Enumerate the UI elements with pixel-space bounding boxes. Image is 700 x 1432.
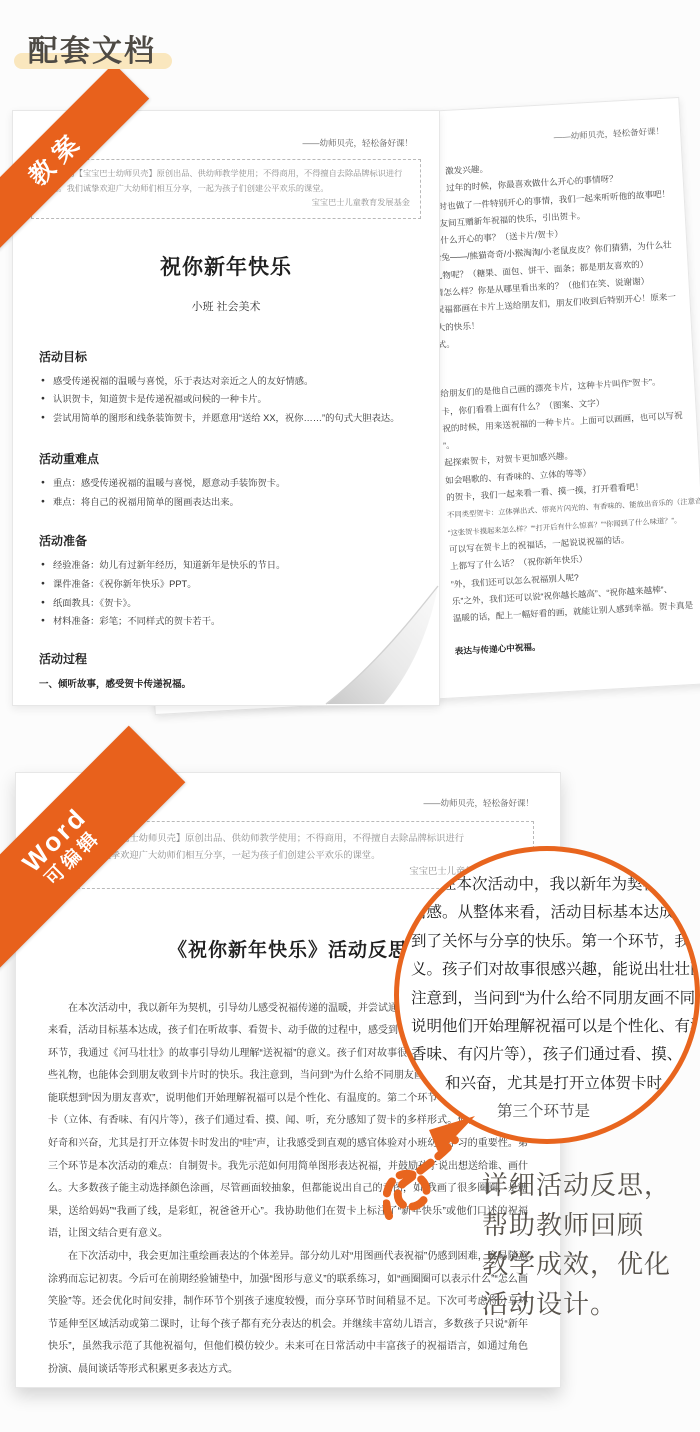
copyright-notice-box: 本内容为【宝宝巴士幼师贝壳】原创出品、供幼师教学使用；不得商用，不得擅自去除品牌… — [31, 159, 421, 219]
caption-line: 教学成效，优化 — [482, 1245, 671, 1285]
bullet-item: ●难点：将自己的祝福用简单的图画表达出来。 — [39, 493, 419, 512]
promo-canvas: { "page": { "title": "配套文档", "accent_ora… — [0, 0, 700, 1432]
bullet-item: ●感受传递祝福的温暖与喜悦，乐于表达对亲近之人的友好情感。 — [39, 372, 419, 391]
back-line-summary: 表达与传递心中祝福。 — [454, 627, 700, 661]
caption-line: 活动设计。 — [482, 1285, 671, 1325]
bullet-text: 认识贺卡，知道贺卡是传递祝福或问候的一种卡片。 — [53, 390, 267, 409]
page-curl — [280, 584, 440, 706]
bullet-dot-icon: ● — [41, 474, 45, 493]
magnified-text: 在本次活动中，我以新年为契机， 情感。从整体来看，活动目标基本达成，孩 到了关怀… — [411, 871, 700, 1127]
bullet-dot-icon: ● — [41, 493, 45, 512]
magnified-line: 注意到，当问到“为什么给不同朋友画不同礼 — [411, 985, 700, 1013]
lesson-subtitle: 小班 社会美术 — [13, 298, 439, 314]
reflection-paragraph-2: 在下次活动中，我会更加注重绘画表达的个体差异。部分幼儿对“用图画代表祝福”仍感到… — [48, 1246, 528, 1382]
magnified-line: 和兴奋，尤其是打开立体贺卡时 — [445, 1070, 700, 1098]
doodle-arrow-icon — [383, 1114, 487, 1226]
bullet-text: 重点：感受传递祝福的温暖与喜悦，愿意动手装饰贺卡。 — [53, 474, 285, 493]
bullet-text: 感受传递祝福的温暖与喜悦，乐于表达对亲近之人的友好情感。 — [53, 372, 313, 391]
caption-line: 详细活动反思， — [482, 1166, 671, 1206]
bullet-text: 课件准备：《祝你新年快乐》PPT。 — [53, 575, 197, 594]
bullet-item: ●重点：感受传递祝福的温暖与喜悦，愿意动手装饰贺卡。 — [39, 474, 419, 493]
benefit-caption: 详细活动反思， 帮助教师回顾 教学成效，优化 活动设计。 — [482, 1166, 671, 1324]
magnifier-circle: 在本次活动中，我以新年为契机， 情感。从整体来看，活动目标基本达成，孩 到了关怀… — [394, 846, 700, 1144]
bullet-text: 纸面教具：《贺卡》。 — [53, 594, 137, 613]
bullet-dot-icon: ● — [41, 409, 45, 428]
notice-signature: 宝宝巴士儿童教育发展基金 — [42, 196, 410, 211]
bullet-dot-icon: ● — [41, 612, 45, 631]
bullet-text: 经验准备：幼儿有过新年经历，知道新年是快乐的节日。 — [53, 556, 285, 575]
magnified-line: 情感。从整体来看，活动目标基本达成，孩 — [411, 899, 700, 927]
caption-line: 帮助教师回顾 — [482, 1206, 671, 1246]
magnified-line: 香味、有闪片等），孩子们通过看、摸、 — [411, 1041, 700, 1069]
magnified-line: 说明他们开始理解祝福可以是个性化、有温 — [411, 1013, 700, 1041]
bullet-text: 尝试用简单的图形和线条装饰贺卡，并愿意用“送给 XX，祝你……”的句式大胆表达。 — [53, 409, 400, 428]
lesson-title: 祝你新年快乐 — [13, 251, 439, 281]
bullet-item: ●经验准备：幼儿有过新年经历，知道新年是快乐的节日。 — [39, 556, 419, 575]
bullet-dot-icon: ● — [41, 575, 45, 594]
section-heading-goals: 活动目标 — [39, 348, 439, 365]
magnified-line: 在本次活动中，我以新年为契机， — [411, 871, 700, 899]
notice-line: 传播。我们诚挚欢迎广大幼师们相互分享，一起为孩子们创建公平欢乐的课堂。 — [55, 847, 521, 864]
magnified-line: 义。孩子们对故事很感兴趣，能说出壮壮画了 — [411, 956, 700, 984]
section-heading-prep: 活动准备 — [39, 532, 439, 549]
bullet-dot-icon: ● — [41, 556, 45, 575]
bullet-dot-icon: ● — [41, 594, 45, 613]
bullet-dot-icon: ● — [41, 390, 45, 409]
page-header: 配套文档 — [28, 26, 156, 70]
magnified-line: 到了关怀与分享的快乐。第一个环节，我通 — [411, 928, 700, 956]
keypoints-list: ●重点：感受传递祝福的温暖与喜悦，愿意动手装饰贺卡。 ●难点：将自己的祝福用简单… — [39, 474, 419, 511]
goals-list: ●感受传递祝福的温暖与喜悦，乐于表达对亲近之人的友好情感。 ●认识贺卡，知道贺卡… — [39, 372, 419, 428]
magnified-line: 第三个环节是 — [497, 1098, 700, 1126]
bullet-item: ●认识贺卡，知道贺卡是传递祝福或问候的一种卡片。 — [39, 390, 419, 409]
bullet-text: 材料准备：彩笔；不同样式的贺卡若干。 — [53, 612, 220, 631]
page-title: 配套文档 — [28, 26, 156, 70]
bullet-text: 难点：将自己的祝福用简单的图画表达出来。 — [53, 493, 239, 512]
notice-line: 传播。我们诚挚欢迎广大幼师们相互分享，一起为孩子们创建公平欢乐的课堂。 — [42, 182, 410, 197]
section-heading-keypoints: 活动重难点 — [39, 450, 439, 467]
lesson-plan-front-page: ——幼师贝壳，轻松备好课！ 本内容为【宝宝巴士幼师贝壳】原创出品、供幼师教学使用… — [12, 110, 440, 706]
back-page-text: 事，激发兴趣。 们！过年的时候，你最喜欢做什么开心的事情呀？ 年时也做了一件特别… — [428, 148, 700, 661]
bullet-dot-icon: ● — [41, 372, 45, 391]
back-page-slogan: ——幼师贝壳，轻松备好课！ — [553, 125, 664, 143]
notice-line: 本内容为【宝宝巴士幼师贝壳】原创出品、供幼师教学使用；不得商用，不得擅自去除品牌… — [42, 167, 410, 182]
bullet-item: ●尝试用简单的图形和线条装饰贺卡，并愿意用“送给 XX，祝你……”的句式大胆表达… — [39, 409, 419, 428]
